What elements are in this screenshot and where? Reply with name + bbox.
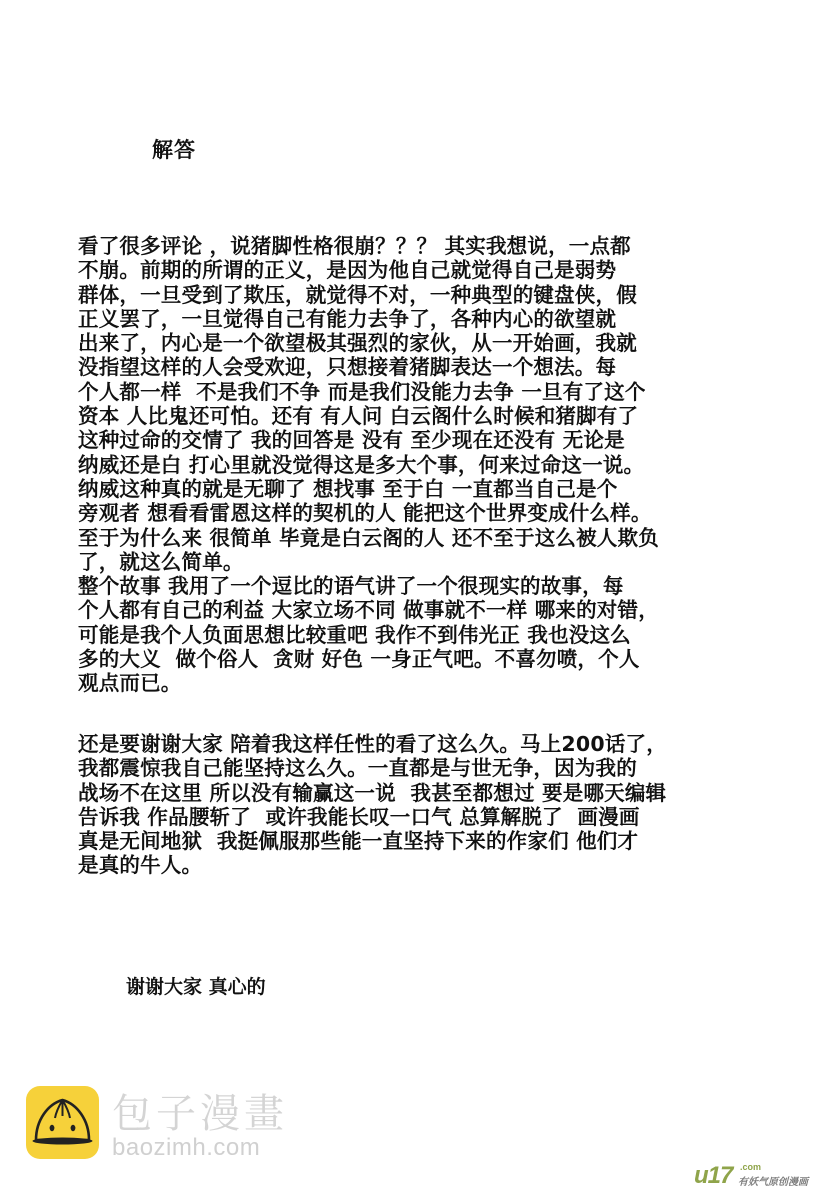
- text-line: 旁观者 想看看雷恩这样的契机的人 能把这个世界变成什么样。: [78, 501, 778, 525]
- text-line: 看了很多评论 ，说猪脚性格很崩？？？ 其实我想说，一点都: [78, 234, 778, 258]
- u17-logo: u17: [694, 1162, 732, 1190]
- u17-slogan: 有妖气原创漫画: [738, 1173, 808, 1188]
- u17-watermark: u17 .com 有妖气原创漫画: [694, 1162, 834, 1190]
- comic-page: 解答 看了很多评论 ，说猪脚性格很崩？？？ 其实我想说，一点都 不崩。前期的所谓…: [0, 0, 839, 1193]
- text-line: 这种过命的交情了 我的回答是 没有 至少现在还没有 无论是: [78, 428, 778, 452]
- text-line: 个人都有自己的利益 大家立场不同 做事就不一样 哪来的对错，: [78, 598, 778, 622]
- text-line: 告诉我 作品腰斩了 或许我能长叹一口气 总算解脱了 画漫画: [78, 805, 778, 829]
- text-line: 还是要谢谢大家 陪着我这样任性的看了这么久。马上200话了，: [78, 732, 778, 756]
- text-line: 真是无间地狱 我挺佩服那些能一直坚持下来的作家们 他们才: [78, 829, 778, 853]
- text-line: 出来了，内心是一个欲望极其强烈的家伙，从一开始画，我就: [78, 331, 778, 355]
- text-line: 正义罢了，一旦觉得自己有能力去争了，各种内心的欲望就: [78, 307, 778, 331]
- text-line: 是真的牛人。: [78, 853, 778, 877]
- text-line: 可能是我个人负面思想比较重吧 我作不到伟光正 我也没这么: [78, 623, 778, 647]
- paragraph-explanation: 看了很多评论 ，说猪脚性格很崩？？？ 其实我想说，一点都 不崩。前期的所谓的正义…: [78, 234, 778, 696]
- text-line: 没指望这样的人会受欢迎，只想接着猪脚表达一个想法。每: [78, 355, 778, 379]
- text-line: 纳威这种真的就是无聊了 想找事 至于白 一直都当自己是个: [78, 477, 778, 501]
- text-line: 战场不在这里 所以没有输赢这一说 我甚至都想过 要是哪天编辑: [78, 781, 778, 805]
- paragraph-thanks: 还是要谢谢大家 陪着我这样任性的看了这么久。马上200话了， 我都震惊我自己能坚…: [78, 732, 778, 878]
- baozi-domain: baozimh.com: [112, 1134, 260, 1162]
- text-line: 至于为什么来 很简单 毕竟是白云阁的人 还不至于这么被人欺负: [78, 526, 778, 550]
- text-line: 个人都一样 不是我们不争 而是我们没能力去争 一旦有了这个: [78, 380, 778, 404]
- text-line: 群体，一旦受到了欺压，就觉得不对，一种典型的键盘侠，假: [78, 283, 778, 307]
- text-line: 我都震惊我自己能坚持这么久。一直都是与世无争，因为我的: [78, 756, 778, 780]
- baozi-name-cn: 包子漫畫: [112, 1082, 288, 1139]
- text-line: 观点而已。: [78, 671, 778, 695]
- text-line: 资本 人比鬼还可怕。还有 有人问 白云阁什么时候和猪脚有了: [78, 404, 778, 428]
- text-line: 纳威还是白 打心里就没觉得这是多大个事，何来过命这一说。: [78, 453, 778, 477]
- text-line: 不崩。前期的所谓的正义，是因为他自己就觉得自己是弱势: [78, 258, 778, 282]
- text-line: 整个故事 我用了一个逗比的语气讲了一个很现实的故事，每: [78, 574, 778, 598]
- u17-suffix: .com: [740, 1162, 761, 1172]
- baozi-bun-icon: [26, 1086, 99, 1159]
- text-line: 多的大义 做个俗人 贪财 好色 一身正气吧。不喜勿喷，个人: [78, 647, 778, 671]
- page-heading: 解答: [152, 134, 196, 164]
- text-line: 了，就这么简单。: [78, 550, 778, 574]
- signoff-text: 谢谢大家 真心的: [126, 972, 266, 999]
- baozi-watermark: 包子漫畫 baozimh.com: [26, 1086, 326, 1172]
